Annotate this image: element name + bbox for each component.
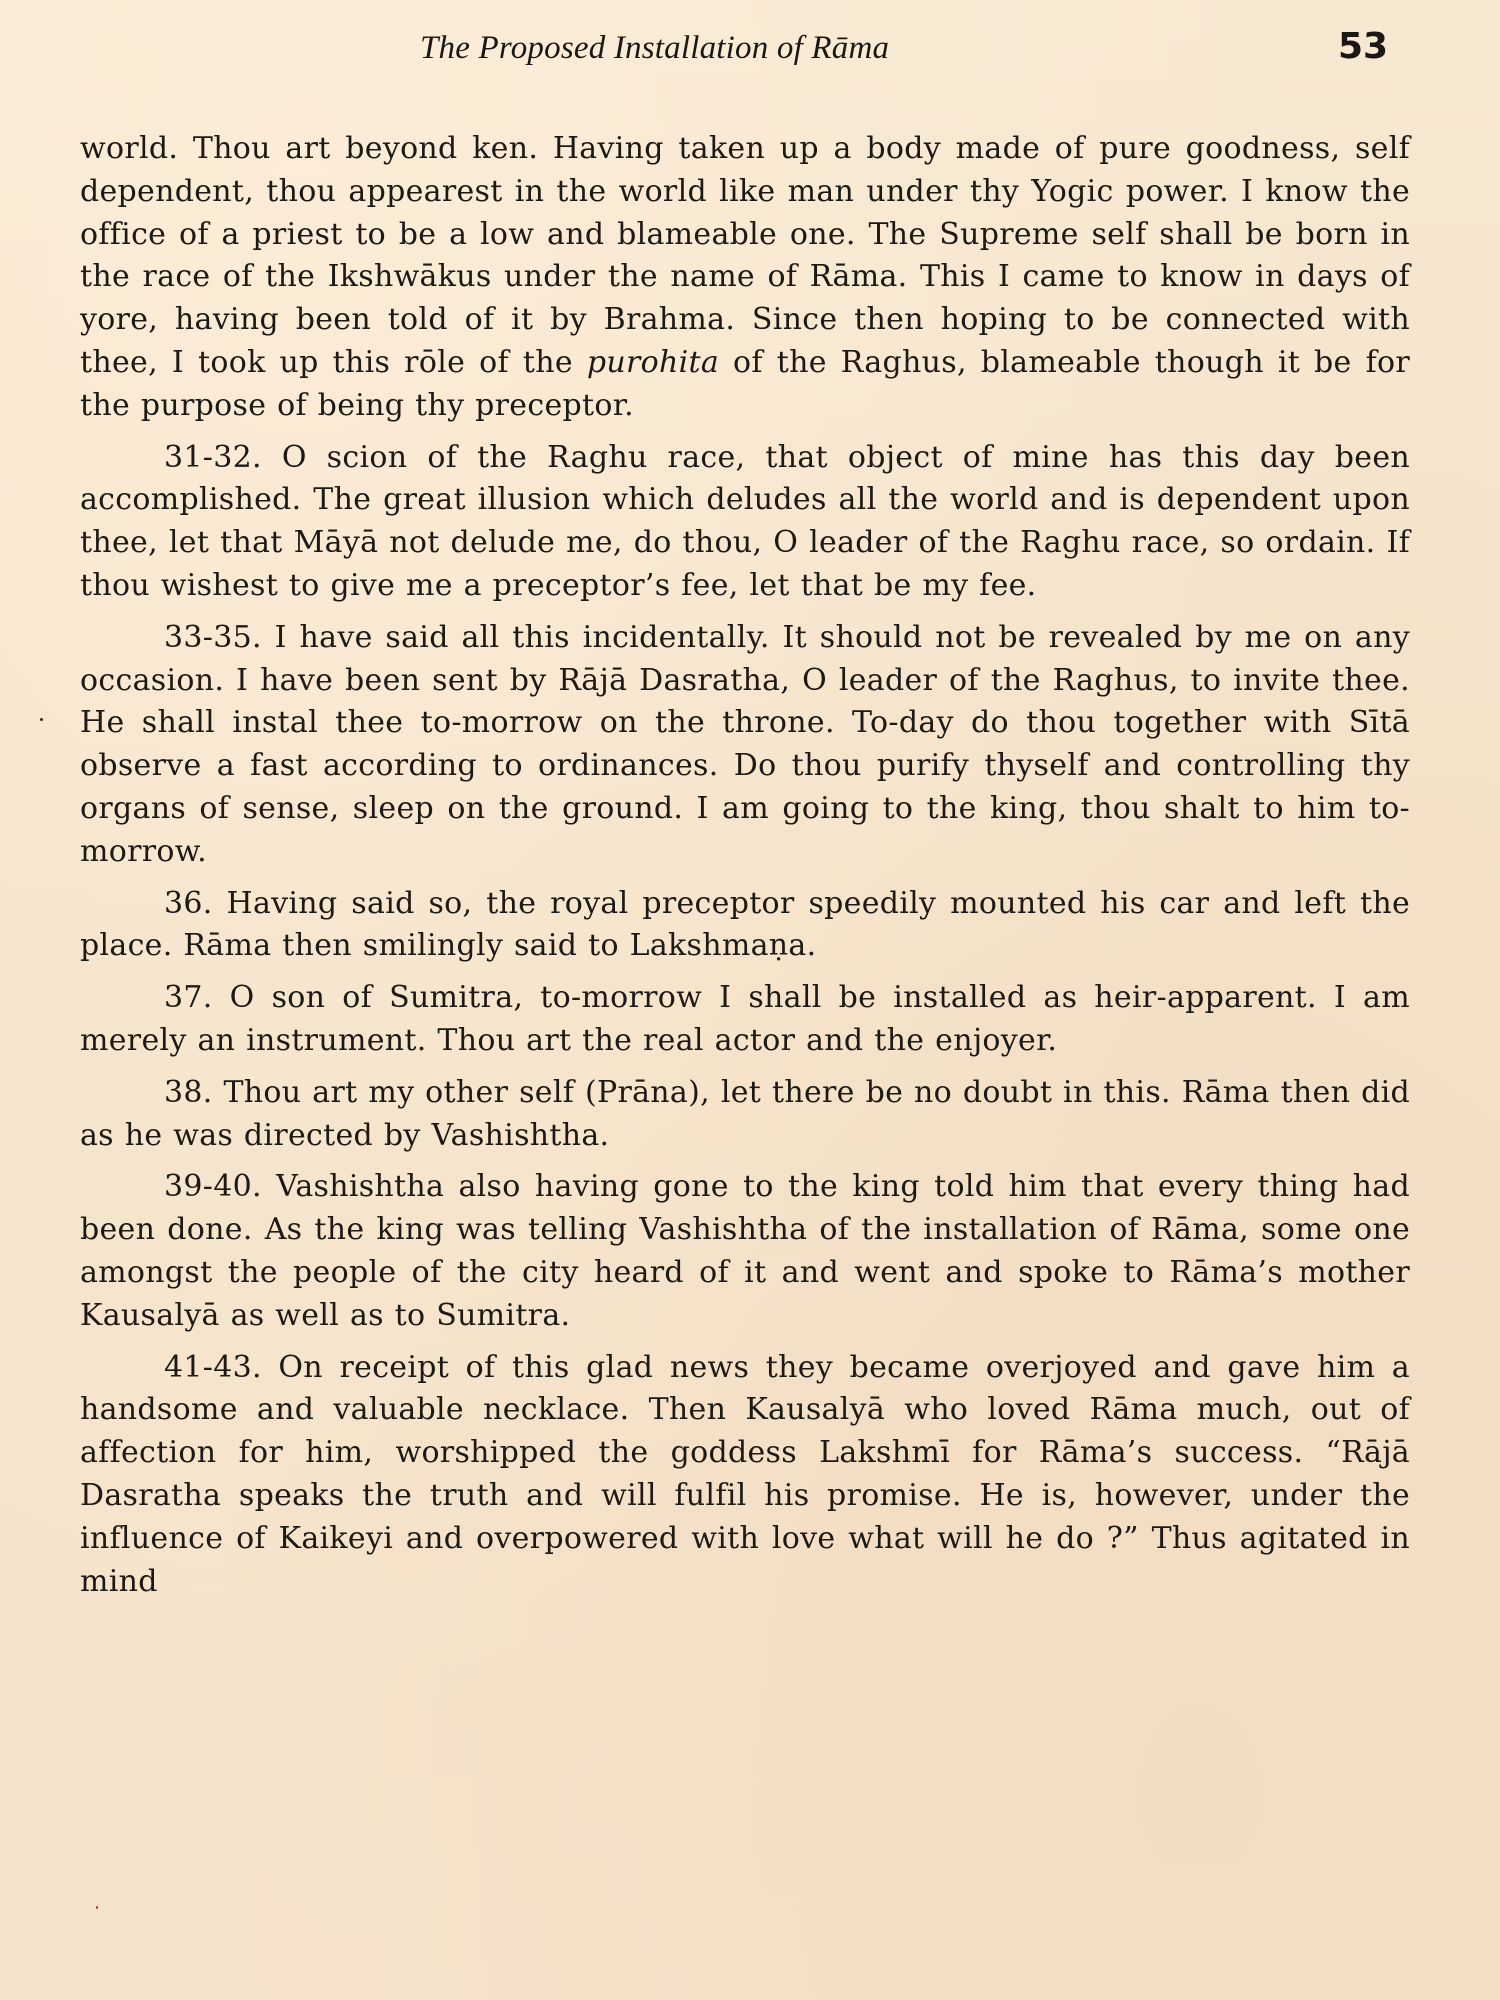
paragraph-verse-38: 38. Thou art my other self (Prāna), let … [80,1072,1410,1158]
paragraph-verse-37: 37. O son of Sumitra, to-morrow I shall … [80,977,1410,1063]
verse-text: Vashishtha also having gone to the king … [80,1169,1410,1332]
text-segment: world. Thou art beyond ken. Having taken… [80,131,1410,380]
paper-speck [96,1906,98,1909]
verse-number: 39-40. [164,1169,262,1204]
paragraph-verse-41-43: 41-43. On receipt of this glad news they… [80,1347,1410,1604]
verse-number: 36. [164,886,213,921]
verse-number: 38. [164,1075,213,1110]
paragraph-verse-33-35: 33-35. I have said all this incidentally… [80,617,1410,874]
verse-text: Thou art my other self (Prāna), let ther… [80,1075,1410,1153]
verse-number: 37. [164,980,213,1015]
page-header: The Proposed Installation of Rāma 53 [0,24,1500,84]
paragraph-continuation: world. Thou art beyond ken. Having taken… [80,128,1410,428]
paragraph-verse-31-32: 31-32. O scion of the Raghu race, that o… [80,437,1410,608]
verse-text: On receipt of this glad news they became… [80,1350,1410,1599]
page-number: 53 [1338,26,1388,67]
paragraph-verse-36: 36. Having said so, the royal preceptor … [80,883,1410,969]
running-title: The Proposed Installation of Rāma [420,30,889,67]
paragraph-verse-39-40: 39-40. Vashishtha also having gone to th… [80,1166,1410,1337]
verse-text: Having said so, the royal preceptor spee… [80,886,1410,964]
verse-text: I have said all this incidentally. It sh… [80,620,1410,869]
verse-text: O son of Sumitra, to-morrow I shall be i… [80,980,1410,1058]
paper-speck [40,718,43,721]
verse-number: 31-32. [164,440,262,475]
verse-number: 33-35. [164,620,262,655]
page-body: world. Thou art beyond ken. Having taken… [80,128,1410,1612]
verse-text: O scion of the Raghu race, that object o… [80,440,1410,603]
italic-term-purohita: purohita [587,345,719,380]
verse-number: 41-43. [164,1350,262,1385]
